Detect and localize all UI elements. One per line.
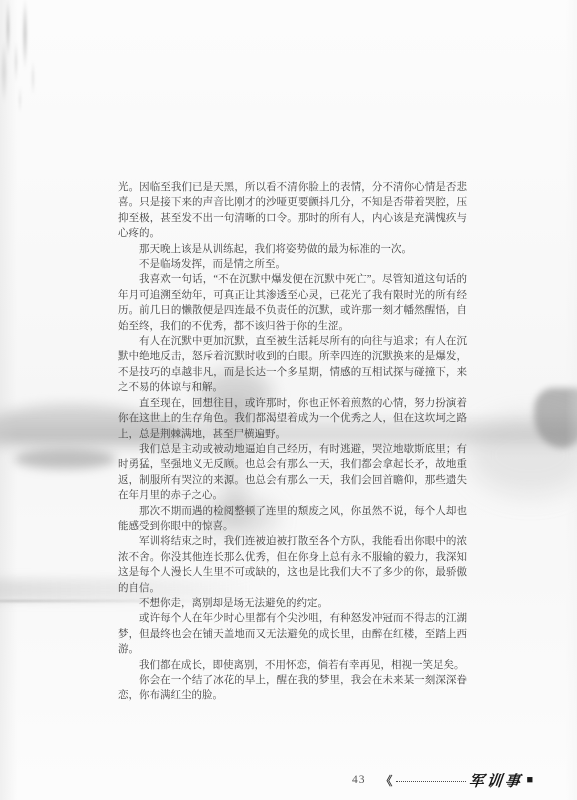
page-footer: 43 《 军训事 ■ — [352, 770, 533, 790]
watermark-pine-right — [534, 388, 577, 448]
watermark-islet — [14, 449, 116, 469]
paragraph: 那天晚上该是从训练起，我们将姿势做的最为标准的一次。 — [118, 242, 467, 257]
paragraph: 我们都在成长，即使离别，不用怀恋，倘若有幸再见，相视一笑足矣。 — [118, 658, 467, 673]
book-page: 光。因临至我们已是天黑，所以看不清你脸上的表情，分不清你心情是否悲喜。只是接下来… — [0, 0, 577, 800]
paragraph: 光。因临至我们已是天黑，所以看不清你脸上的表情，分不清你心情是否悲喜。只是接下来… — [118, 180, 467, 242]
paragraph: 军训将结束之时，我们连被迫被打散至各个方队，我能看出你眼中的浓浓不舍。你没其他连… — [118, 534, 467, 596]
paragraph: 你会在一个结了冰花的早上，醒在我的梦里，我会在未来某一刻深深眷恋，你布满红尘的脸… — [118, 673, 467, 704]
text-block: 光。因临至我们已是天黑，所以看不清你脸上的表情，分不清你心情是否悲喜。只是接下来… — [118, 180, 467, 704]
watermark-wash-right — [468, 414, 577, 496]
paragraph: 不想你走，离别却是场无法避免的约定。 — [118, 596, 467, 611]
dotted-leader-line — [396, 781, 466, 782]
chapter-title: 军训事 — [467, 770, 523, 791]
watermark-hanging-branches — [0, 0, 48, 118]
guillemet-mark: 《 — [381, 772, 393, 789]
paragraph: 直至现在，回想往日，或许那时，你也正怀着煎熬的心情，努力扮演着你在这世上的生存角… — [118, 396, 467, 442]
paragraph: 我喜欢一句话，“不在沉默中爆发便在沉默中死亡”。尽管知道这句话的年月可追溯至幼年… — [118, 272, 467, 334]
page-number: 43 — [352, 774, 366, 786]
paragraph: 不是临场发挥，而是情之所至。 — [118, 257, 467, 272]
end-square-mark: ■ — [527, 774, 534, 786]
paragraph: 有人在沉默中更加沉默，直至被生活耗尽所有的向往与追求；有人在沉默中绝地反击，怒斥… — [118, 334, 467, 396]
paragraph: 那次不期而遇的检阅整顿了连里的颓废之风，你虽然不说，每个人却也能感受到你眼中的惊… — [118, 504, 467, 535]
paragraph: 或许每个人在年少时心里都有个尖沙咀，有种怒发冲冠而不得志的江湖梦，但最终也会在铺… — [118, 611, 467, 657]
paragraph: 我们总是主动或被动地逼迫自己经历，有时逃避，哭泣地歇斯底里；有时勇猛，坚强地义无… — [118, 442, 467, 504]
